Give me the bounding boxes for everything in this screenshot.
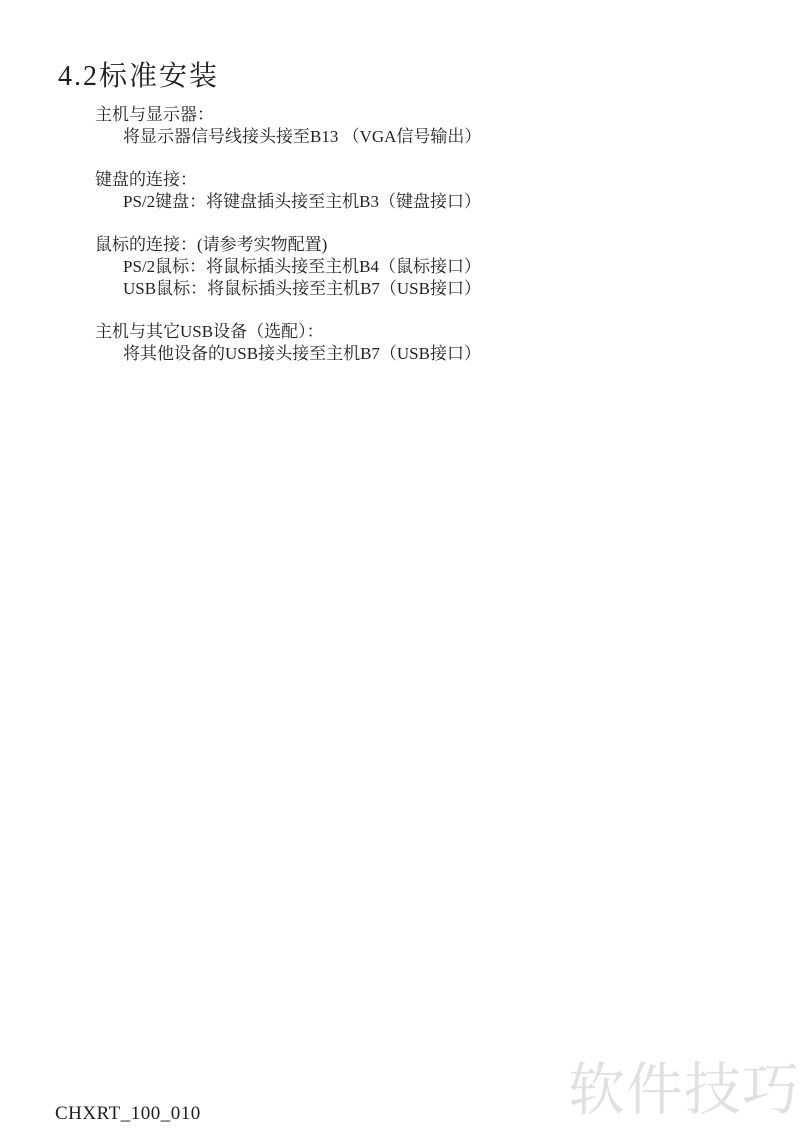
section-usb-devices: 主机与其它USB设备（选配）： 将其他设备的USB接头接至主机B7（USB接口）: [95, 321, 481, 365]
page-title: 4.2标准安装: [58, 62, 219, 93]
section-mouse: 鼠标的连接：(请参考实物配置) PS/2鼠标：将鼠标插头接至主机B4（鼠标接口）…: [95, 234, 481, 300]
section-keyboard: 键盘的连接： PS/2键盘：将键盘插头接至主机B3（键盘接口）: [95, 169, 481, 213]
section-line: USB鼠标：将鼠标插头接至主机B7（USB接口）: [95, 278, 481, 300]
document-body: 主机与显示器： 将显示器信号线接头接至B13 （VGA信号输出） 键盘的连接： …: [95, 104, 481, 386]
section-heading: 鼠标的连接：(请参考实物配置): [95, 234, 481, 256]
section-heading: 主机与显示器：: [95, 104, 481, 126]
doc-code: CHXRT_100_010: [55, 1103, 201, 1125]
section-monitor: 主机与显示器： 将显示器信号线接头接至B13 （VGA信号输出）: [95, 104, 481, 148]
document-page: { "title": "4.2标准安装", "sections": [ { "h…: [0, 0, 800, 1136]
section-line: PS/2鼠标：将鼠标插头接至主机B4（鼠标接口）: [95, 256, 481, 278]
section-line: 将其他设备的USB接头接至主机B7（USB接口）: [95, 343, 481, 365]
section-line: 将显示器信号线接头接至B13 （VGA信号输出）: [95, 126, 481, 148]
watermark: 软件技巧: [568, 1044, 800, 1126]
section-heading: 键盘的连接：: [95, 169, 481, 191]
section-heading: 主机与其它USB设备（选配）：: [95, 321, 481, 343]
section-line: PS/2键盘：将键盘插头接至主机B3（键盘接口）: [95, 191, 481, 213]
